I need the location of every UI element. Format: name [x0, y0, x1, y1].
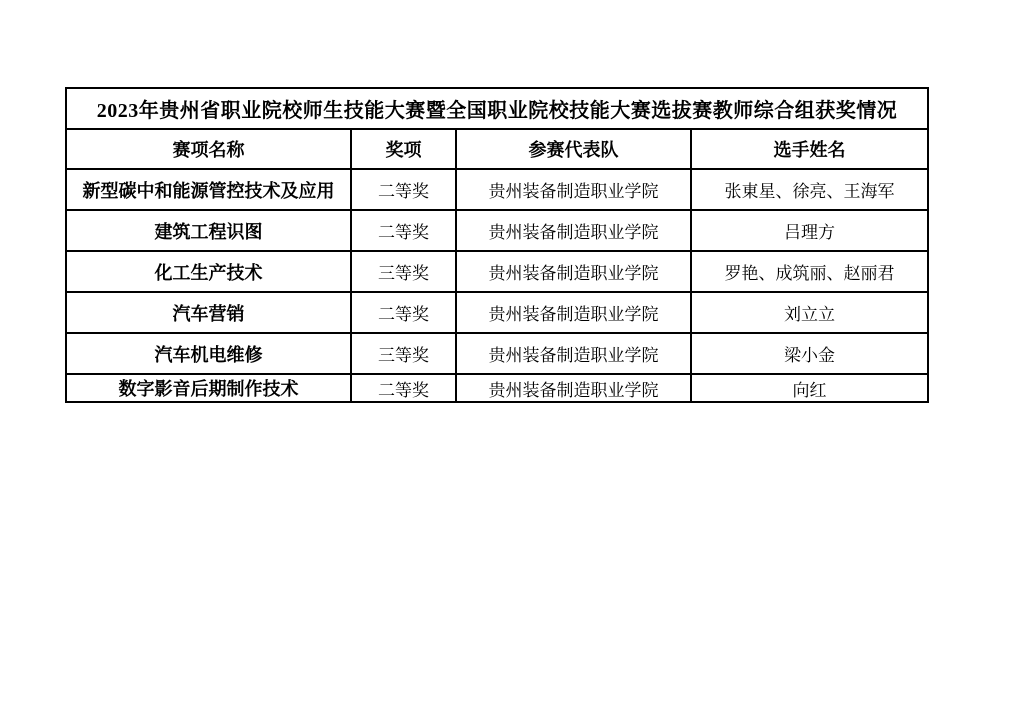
cell-team: 贵州装备制造职业学院: [456, 292, 691, 333]
table-row: 化工生产技术 三等奖 贵州装备制造职业学院 罗艳、成筑丽、赵丽君: [66, 251, 928, 292]
cell-event: 建筑工程识图: [66, 210, 351, 251]
cell-players: 张東星、徐亮、王海军: [691, 169, 928, 210]
col-header-award: 奖项: [351, 129, 456, 169]
award-table: 2023年贵州省职业院校师生技能大赛暨全国职业院校技能大赛选拔赛教师综合组获奖情…: [65, 87, 929, 403]
col-header-players: 选手姓名: [691, 129, 928, 169]
cell-award: 三等奖: [351, 251, 456, 292]
cell-players: 梁小金: [691, 333, 928, 374]
cell-players: 罗艳、成筑丽、赵丽君: [691, 251, 928, 292]
cell-team: 贵州装备制造职业学院: [456, 169, 691, 210]
cell-event: 化工生产技术: [66, 251, 351, 292]
cell-award: 三等奖: [351, 333, 456, 374]
table-title: 2023年贵州省职业院校师生技能大赛暨全国职业院校技能大赛选拔赛教师综合组获奖情…: [66, 88, 928, 129]
table-row: 建筑工程识图 二等奖 贵州装备制造职业学院 吕理方: [66, 210, 928, 251]
cell-award: 二等奖: [351, 292, 456, 333]
cell-players: 向红: [691, 374, 928, 402]
cell-team: 贵州装备制造职业学院: [456, 374, 691, 402]
cell-players: 吕理方: [691, 210, 928, 251]
cell-event: 新型碳中和能源管控技术及应用: [66, 169, 351, 210]
document-page: 2023年贵州省职业院校师生技能大赛暨全国职业院校技能大赛选拔赛教师综合组获奖情…: [0, 0, 1024, 724]
title-row: 2023年贵州省职业院校师生技能大赛暨全国职业院校技能大赛选拔赛教师综合组获奖情…: [66, 88, 928, 129]
header-row: 赛项名称 奖项 参赛代表队 选手姓名: [66, 129, 928, 169]
table-row: 数字影音后期制作技术 二等奖 贵州装备制造职业学院 向红: [66, 374, 928, 402]
cell-award: 二等奖: [351, 374, 456, 402]
cell-team: 贵州装备制造职业学院: [456, 251, 691, 292]
cell-event: 汽车营销: [66, 292, 351, 333]
table-row: 汽车营销 二等奖 贵州装备制造职业学院 刘立立: [66, 292, 928, 333]
cell-award: 二等奖: [351, 210, 456, 251]
cell-team: 贵州装备制造职业学院: [456, 210, 691, 251]
cell-event: 汽车机电维修: [66, 333, 351, 374]
cell-players: 刘立立: [691, 292, 928, 333]
cell-team: 贵州装备制造职业学院: [456, 333, 691, 374]
col-header-team: 参赛代表队: [456, 129, 691, 169]
col-header-event: 赛项名称: [66, 129, 351, 169]
cell-event: 数字影音后期制作技术: [66, 374, 351, 402]
table-row: 汽车机电维修 三等奖 贵州装备制造职业学院 梁小金: [66, 333, 928, 374]
cell-award: 二等奖: [351, 169, 456, 210]
table-row: 新型碳中和能源管控技术及应用 二等奖 贵州装备制造职业学院 张東星、徐亮、王海军: [66, 169, 928, 210]
